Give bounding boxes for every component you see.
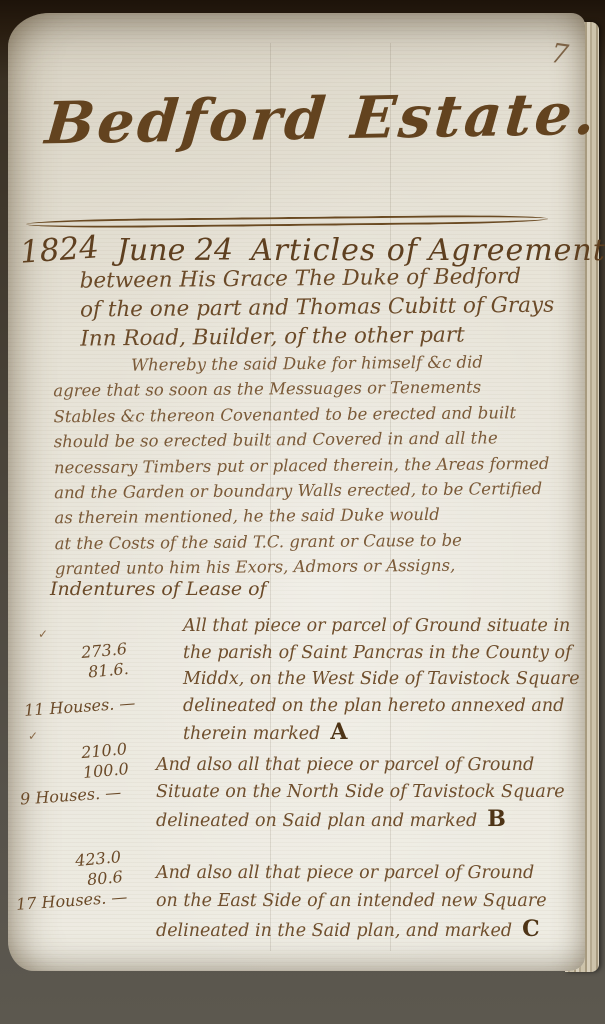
entry-line-text: delineated in the Said plan, and marked bbox=[156, 921, 512, 941]
entry-text: And also all that piece or parcel of Gro… bbox=[156, 752, 565, 835]
tick-icon: ✓ bbox=[38, 627, 48, 641]
entry-line: on the East Side of an intended new Squa… bbox=[156, 887, 547, 915]
entry-line: delineated in the Said plan, and markedC bbox=[156, 915, 547, 945]
entry-line: the parish of Saint Pancras in the Count… bbox=[183, 640, 580, 667]
entry-line: Situate on the North Side of Tavistock S… bbox=[156, 779, 565, 806]
entry-line: delineated on Said plan and markedB bbox=[156, 806, 565, 835]
entry-line: delineated on the plan hereto annexed an… bbox=[183, 693, 580, 720]
entry-line: And also all that piece or parcel of Gro… bbox=[156, 752, 565, 779]
indentures-label: Indentures of Lease of bbox=[50, 578, 267, 600]
entry-line: Middx, on the West Side of Tavistock Squ… bbox=[183, 666, 580, 693]
covenant-paragraph: Whereby the said Duke for himself &c did… bbox=[53, 349, 570, 582]
houses-count: 9 Houses. — bbox=[19, 782, 121, 808]
page-number: 7 bbox=[549, 38, 570, 71]
parties-paragraph: between His Grace The Duke of Bedford of… bbox=[80, 261, 571, 353]
houses-count: 17 Houses. — bbox=[15, 887, 127, 914]
frontage-measurements: 210.0 100.0 bbox=[36, 739, 129, 787]
plot-letter: C bbox=[512, 916, 541, 942]
intro-line: of the one part and Thomas Cubitt of Gra… bbox=[80, 290, 570, 324]
entry-line: And also all that piece or parcel of Gro… bbox=[156, 859, 547, 887]
photo-background: 7 Bedford Estate. 1824 June 24 Articles … bbox=[0, 0, 605, 1024]
tick-icon: ✓ bbox=[28, 729, 38, 743]
entry-line-text: delineated on Said plan and marked bbox=[156, 811, 477, 831]
frontage-measurements: 273.6 81.6. bbox=[34, 639, 129, 687]
title-underline bbox=[26, 214, 548, 228]
plot-letter: B bbox=[477, 806, 507, 832]
plot-letter: A bbox=[320, 719, 348, 745]
page-title: Bedford Estate. bbox=[43, 81, 550, 158]
heading-year: 1824 bbox=[19, 229, 100, 270]
entry-line: therein markedA bbox=[183, 719, 580, 748]
entry-line: All that piece or parcel of Ground situa… bbox=[183, 613, 580, 640]
body-line: should be so erected built and Covered i… bbox=[54, 425, 569, 455]
entry-line-text: therein marked bbox=[183, 724, 320, 744]
houses-count: 11 Houses. — bbox=[23, 693, 135, 720]
manuscript-page: 7 Bedford Estate. 1824 June 24 Articles … bbox=[8, 13, 585, 971]
entry-text: And also all that piece or parcel of Gro… bbox=[156, 859, 547, 945]
entry-text: All that piece or parcel of Ground situa… bbox=[183, 613, 580, 748]
heading-date: June 24 bbox=[117, 233, 233, 268]
body-line: and the Garden or boundary Walls erected… bbox=[54, 476, 569, 506]
